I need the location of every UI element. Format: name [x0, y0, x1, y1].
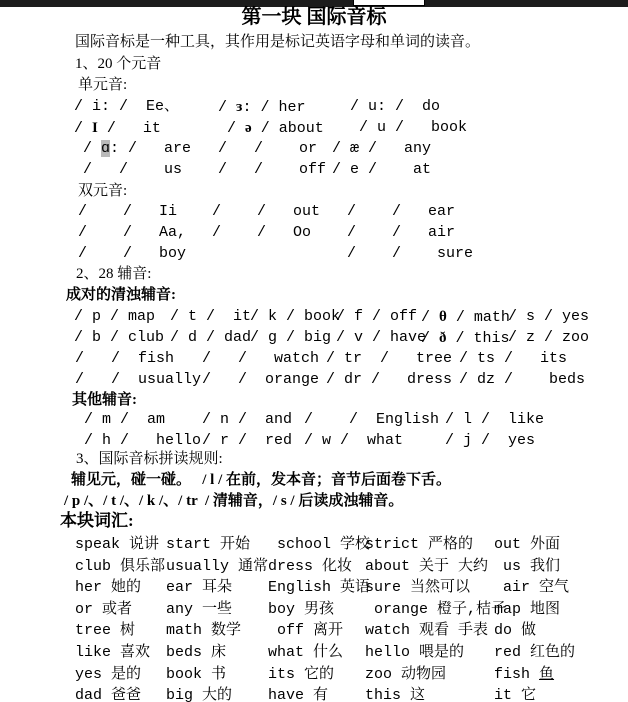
vocab-cell: off 离开: [268, 621, 343, 641]
vocab-cell: or 或者: [75, 600, 132, 620]
phoneme-cell: / / orange: [202, 370, 319, 390]
phoneme-cell: / / watch: [202, 349, 319, 369]
vocab-cell: out 外面: [494, 535, 560, 555]
phoneme-cell: / k / book: [250, 307, 340, 327]
phoneme-row: / I / it / ə / about / u / book: [0, 118, 628, 138]
vocab-cell: red 红色的: [494, 643, 575, 663]
phoneme-cell: / / boy: [78, 244, 186, 264]
monophthong-label: 单元音:: [78, 75, 127, 95]
vocab-cell: math 数学: [166, 621, 241, 641]
vocab-row: or 或者any 一些boy 男孩 orange 橙子,桔子map 地图: [0, 600, 628, 620]
vocab-cell: yes 是的: [75, 665, 141, 685]
phoneme-cell: / b / club: [74, 328, 164, 348]
phoneme-cell: / / off: [218, 160, 326, 180]
phoneme-cell: / θ / math: [421, 307, 510, 328]
phoneme-row: / m / am/ n / and/ / English/ l / like: [0, 410, 628, 430]
vocab-cell: zoo 动物园: [365, 665, 446, 685]
vocab-cell: school 学校: [268, 535, 370, 555]
diphthong-label: 双元音:: [78, 181, 127, 201]
vocab-cell: boy 男孩: [268, 600, 334, 620]
phoneme-cell: / / English: [304, 410, 439, 430]
paired-consonants-label: 成对的清浊辅音:: [66, 285, 176, 305]
phoneme-row: / p / map/ t / it/ k / book/ f / off/ θ …: [0, 307, 628, 327]
phoneme-cell: / dz / beds: [459, 370, 585, 390]
phoneme-row: / / Aa,/ / Oo/ / air: [0, 223, 628, 243]
vocab-cell: dress 化妆: [268, 557, 352, 577]
phoneme-cell: / dr / dress: [326, 370, 452, 390]
vocab-cell: ear 耳朵: [166, 578, 232, 598]
consonants-heading: 2、28 辅音:: [76, 264, 151, 284]
phoneme-cell: / r / red: [202, 431, 292, 451]
phoneme-cell: / h / hello: [84, 431, 201, 451]
vocab-row: like 喜欢beds 床what 什么hello 喂是的red 红色的: [0, 643, 628, 663]
phoneme-cell: / tr / tree: [326, 349, 452, 369]
vocab-cell: watch 观看 手表: [365, 621, 488, 641]
phoneme-cell: / e / at: [332, 160, 431, 180]
vocab-cell: any 一些: [166, 600, 232, 620]
vocab-cell: sure 当然可以: [365, 578, 470, 598]
phoneme-cell: / ð / this: [421, 328, 510, 349]
vocab-cell: English 英语: [268, 578, 370, 598]
phoneme-cell: / ts / its: [459, 349, 567, 369]
phoneme-cell: / n / and: [202, 410, 292, 430]
vocab-cell: air 空气: [494, 578, 569, 598]
phoneme-cell: / f / off: [336, 307, 417, 327]
vocab-cell: its 它的: [268, 665, 334, 685]
vocab-row: speak 说讲start 开始 school 学校strict 严格的out …: [0, 535, 628, 555]
vowels-heading: 1、20 个元音: [75, 54, 161, 74]
vocab-cell: map 地图: [494, 600, 560, 620]
vocab-cell: what 什么: [268, 643, 343, 663]
phoneme-cell: / g / big: [250, 328, 331, 348]
phoneme-row: / h / hello/ r / red/ w / what/ j / yes: [0, 431, 628, 451]
phoneme-row: / / Ii/ / out/ / ear: [0, 202, 628, 222]
vocab-cell: usually 通常: [166, 557, 268, 577]
vocab-row: dad 爸爸big 大的have 有this 这it 它: [0, 686, 628, 702]
phoneme-cell: / v / have: [336, 328, 426, 348]
phoneme-cell: / / out: [212, 202, 320, 222]
vocab-heading: 本块词汇:: [60, 511, 134, 531]
phoneme-cell: / / usually: [75, 370, 201, 390]
rules-heading: 3、国际音标拼读规则:: [76, 449, 223, 469]
vocab-row: club 俱乐部usually 通常dress 化妆about 关于 大约 us…: [0, 557, 628, 577]
vocab-cell: fish 鱼: [494, 665, 554, 685]
vocab-cell: hello 喂是的: [365, 643, 464, 663]
phoneme-cell: / / fish: [75, 349, 174, 369]
vocab-cell: strict 严格的: [365, 535, 473, 555]
phoneme-cell: / m / am: [84, 410, 165, 430]
vocab-cell: beds 床: [166, 643, 226, 663]
phoneme-cell: / w / what: [304, 431, 403, 451]
vocab-cell: book 书: [166, 665, 226, 685]
phoneme-cell: / l / like: [445, 410, 544, 430]
rule-line-1: 辅见元，碰一碰。 / l / 在前，发本音；音节后面卷下舌。: [71, 470, 451, 490]
vocab-cell: about 关于 大约: [365, 557, 488, 577]
phoneme-cell: / j / yes: [445, 431, 535, 451]
phoneme-cell: / / us: [74, 160, 182, 180]
vocab-cell: her 她的: [75, 578, 141, 598]
phoneme-cell: / u / book: [332, 118, 467, 138]
phoneme-row: / / usually/ / orange/ dr / dress/ dz / …: [0, 370, 628, 390]
phoneme-cell: / / Aa,: [78, 223, 186, 243]
vocab-cell: this 这: [365, 686, 425, 702]
vocab-cell: it 它: [494, 686, 536, 702]
vocab-cell: us 我们: [494, 557, 560, 577]
vocab-row: yes 是的book 书its 它的zoo 动物园fish 鱼: [0, 665, 628, 685]
document-page: 第一块 国际音标 国际音标是一种工具，其作用是标记英语字母和单词的读音。 1、2…: [0, 0, 628, 702]
vocab-row: her 她的ear 耳朵English 英语sure 当然可以 air 空气: [0, 578, 628, 598]
rule-line-2: / p /、/ t /、/ k /、/ tr / 清辅音，/ s / 后读成浊辅…: [64, 491, 403, 511]
phoneme-cell: / / or: [218, 139, 317, 159]
phoneme-cell: / p / map: [74, 307, 155, 327]
phoneme-cell: / z / zoo: [508, 328, 589, 348]
phoneme-cell: / d / dad: [170, 328, 251, 348]
vocab-cell: dad 爸爸: [75, 686, 141, 702]
phoneme-cell: / i: / Ee、: [74, 97, 179, 117]
phoneme-cell: / ɜ: / her: [218, 97, 305, 118]
vocab-cell: speak 说讲: [75, 535, 159, 555]
phoneme-row: / b / club/ d / dad/ g / big/ v / have/ …: [0, 328, 628, 348]
phoneme-cell: / / air: [347, 223, 455, 243]
vocab-cell: tree 树: [75, 621, 135, 641]
phoneme-cell: / ɑ: / are: [74, 139, 191, 159]
phoneme-cell: / ə / about: [218, 118, 324, 139]
phoneme-cell: / æ / any: [332, 139, 431, 159]
vocab-row: tree 树math 数学 off 离开watch 观看 手表do 做: [0, 621, 628, 641]
vocab-cell: orange 橙子,桔子: [365, 600, 506, 620]
phoneme-cell: / t / it: [170, 307, 251, 327]
phoneme-cell: / / ear: [347, 202, 455, 222]
intro-paragraph: 国际音标是一种工具，其作用是标记英语字母和单词的读音。: [75, 32, 480, 52]
phoneme-row: / i: / Ee、/ ɜ: / her / u: / do: [0, 97, 628, 117]
phoneme-row: / / boy/ / sure: [0, 244, 628, 264]
vocab-cell: big 大的: [166, 686, 232, 702]
vocab-cell: start 开始: [166, 535, 250, 555]
phoneme-row: / ɑ: / are/ / or/ æ / any: [0, 139, 628, 159]
vocab-cell: do 做: [494, 621, 536, 641]
vocab-cell: like 喜欢: [75, 643, 150, 663]
phoneme-row: / / fish/ / watch/ tr / tree/ ts / its: [0, 349, 628, 369]
phoneme-cell: / / Ii: [78, 202, 177, 222]
phoneme-cell: / I / it: [74, 118, 161, 139]
other-consonants-label: 其他辅音:: [72, 390, 137, 410]
vocab-cell: have 有: [268, 686, 328, 702]
phoneme-cell: / u: / do: [332, 97, 440, 117]
phoneme-cell: / / Oo: [212, 223, 311, 243]
phoneme-cell: / s / yes: [508, 307, 589, 327]
page-title: 第一块 国际音标: [0, 5, 628, 29]
phoneme-row: / / us/ / off/ e / at: [0, 160, 628, 180]
phoneme-cell: / / sure: [347, 244, 473, 264]
vocab-cell: club 俱乐部: [75, 557, 165, 577]
